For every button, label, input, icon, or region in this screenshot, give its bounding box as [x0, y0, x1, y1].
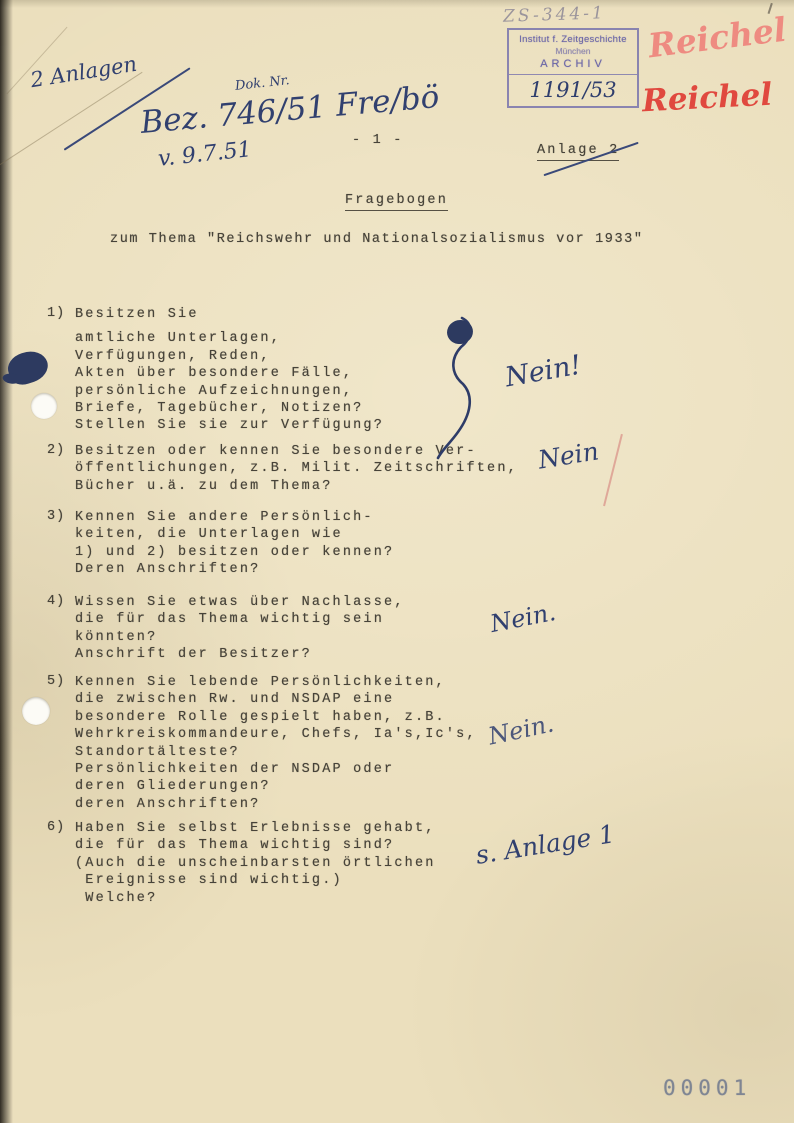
question-number: 2)	[47, 443, 75, 458]
question-line: Besitzen Sie	[75, 306, 384, 323]
red-name-bottom: Reichel	[641, 77, 773, 120]
question-line: deren Gliederungen?	[75, 778, 477, 795]
question-line: Bücher u.ä. zu dem Thema?	[75, 478, 518, 495]
question-line: Anschrift der Besitzer?	[75, 646, 405, 663]
handwritten-annex-note: 2 Anlagen	[29, 52, 139, 92]
answer-nein-q2: Nein	[536, 436, 601, 474]
ink-brace-mark	[430, 312, 488, 462]
question-number: 4)	[47, 594, 75, 609]
question-line: 1) und 2) besitzen oder kennen?	[75, 544, 394, 561]
question-line: (Auch die unscheinbarsten örtlichen	[75, 855, 436, 872]
stamp-archiv-line: ARCHIV	[509, 58, 637, 70]
handwritten-date: v. 9.7.51	[157, 137, 253, 172]
page-title: Fragebogen	[345, 193, 448, 211]
question-line: Welche?	[75, 890, 436, 907]
question-line: die zwischen Rw. und NSDAP eine	[75, 691, 477, 708]
answer-see-annex-q6: s. Anlage 1	[474, 819, 617, 870]
question-line: Verfügungen, Reden,	[75, 348, 384, 365]
doc-nr-label: Dok. Nr.	[234, 73, 290, 94]
question-number: 5)	[47, 674, 75, 689]
answer-nein-q1: Nein!	[503, 350, 584, 394]
answer-nein-q4: Nein.	[488, 598, 558, 638]
question-line: Wissen Sie etwas über Nachlasse,	[75, 594, 405, 611]
question-line: Ereignisse sind wichtig.)	[75, 872, 436, 889]
scanned-page: 2 Anlagen Dok. Nr. Bez. 746/51 Fre/bö v.…	[0, 0, 794, 1123]
answer-nein-q5: Nein.	[486, 709, 556, 750]
question-line: keiten, die Unterlagen wie	[75, 526, 394, 543]
question-5: 5) Kennen Sie lebende Persönlichkeiten, …	[47, 674, 477, 813]
question-line: die für das Thema wichtig sind?	[75, 837, 436, 854]
question-number: 1)	[47, 306, 75, 321]
question-line: könnten?	[75, 629, 405, 646]
question-line: Kennen Sie andere Persönlich-	[75, 509, 394, 526]
question-line: Haben Sie selbst Erlebnisse gehabt,	[75, 820, 436, 837]
question-line: besondere Rolle gespielt haben, z.B.	[75, 709, 477, 726]
question-number: 3)	[47, 509, 75, 524]
question-line: deren Anschriften?	[75, 796, 477, 813]
punch-hole	[31, 393, 57, 419]
red-check-slash	[603, 434, 622, 506]
page-subtitle: zum Thema "Reichswehr und Nationalsozial…	[110, 232, 644, 247]
question-1: 1) Besitzen Sie amtliche Unterlagen, Ver…	[47, 306, 384, 435]
handwritten-reference: Bez. 746/51 Fre/bö	[139, 79, 441, 141]
question-line: Standortälteste?	[75, 744, 477, 761]
stamp-number: 1191/53	[509, 75, 637, 106]
stamp-institute-line: Institut f. Zeitgeschichte	[509, 34, 637, 45]
question-number: 6)	[47, 820, 75, 835]
archive-stamp: Institut f. Zeitgeschichte München ARCHI…	[507, 28, 639, 108]
question-line: öffentlichungen, z.B. Milit. Zeitschrift…	[75, 460, 518, 477]
question-4: 4) Wissen Sie etwas über Nachlasse, die …	[47, 594, 405, 664]
ink-blot	[4, 347, 52, 389]
question-line: Deren Anschriften?	[75, 561, 394, 578]
punch-hole	[22, 697, 50, 725]
question-line: Stellen Sie sie zur Verfügung?	[75, 417, 384, 434]
question-line: Kennen Sie lebende Persönlichkeiten,	[75, 674, 477, 691]
question-line: die für das Thema wichtig sein	[75, 611, 405, 628]
question-line: Briefe, Tagebücher, Notizen?	[75, 400, 384, 417]
serial-stamp: 00001	[663, 1076, 751, 1100]
question-line: amtliche Unterlagen,	[75, 330, 384, 347]
question-line: Wehrkreiskommandeure, Chefs, Ia's,Ic's,	[75, 726, 477, 743]
question-6: 6) Haben Sie selbst Erlebnisse gehabt, d…	[47, 820, 436, 907]
question-line: Persönlichkeiten der NSDAP oder	[75, 761, 477, 778]
stamp-city-line: München	[509, 46, 637, 56]
page-number: - 1 -	[352, 133, 404, 148]
question-line: persönliche Aufzeichnungen,	[75, 383, 384, 400]
pencil-archive-ref: ZS-344-1	[503, 3, 606, 27]
red-name-top: Reichel	[646, 10, 788, 66]
question-line: Akten über besondere Fälle,	[75, 365, 384, 382]
question-3: 3) Kennen Sie andere Persönlich- keiten,…	[47, 509, 394, 579]
